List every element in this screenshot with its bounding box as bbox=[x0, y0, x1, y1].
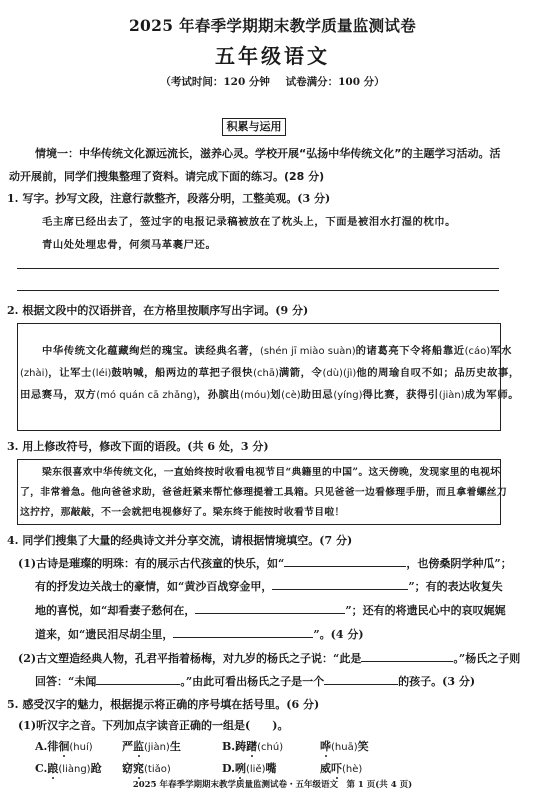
answer-line-1[interactable] bbox=[17, 268, 499, 269]
fill-blank[interactable] bbox=[195, 602, 345, 614]
question-1-prompt: 1. 写字。抄写文段，注意行款整齐，段落分明，工整美观。(3 分) bbox=[7, 190, 330, 206]
fill-blank[interactable] bbox=[361, 650, 453, 662]
question-4-prompt: 4. 同学们搜集了大量的经典诗文并分享交流，请根据情境填空。(7 分) bbox=[7, 532, 352, 548]
edit-passage-line3: 这拧拧，那敲敲，不一会就把电视修好了。梁东终于能按时收看节目啦！ bbox=[20, 504, 345, 518]
page-footer: 2025 年春季学期期末教学质量监测试卷・五年级语文 第 1 页(共 4 页) bbox=[0, 778, 545, 790]
section-heading: 积累与运用 bbox=[222, 118, 286, 136]
option-b[interactable]: B.踌躇(chú) bbox=[222, 738, 283, 754]
fill-blank[interactable] bbox=[173, 626, 313, 638]
option-d-word2: 威吓(hè) bbox=[320, 760, 362, 776]
q4-sub2-line1: (2)古文塑造经典人物，孔君平指着杨梅，对九岁的杨氏之子说：“此是。”杨氏之子则 bbox=[18, 650, 520, 666]
exam-time: （考试时间：120 分钟 bbox=[160, 76, 270, 88]
option-b-word2: 哗(huā)笑 bbox=[320, 738, 369, 754]
fill-blank[interactable] bbox=[324, 673, 398, 685]
question-2-prompt: 2. 根据文段中的汉语拼音，在方格里按顺序写出字词。(9 分) bbox=[7, 302, 308, 318]
scene-intro-line1: 情境一：中华传统文化源远流长，滋养心灵。学校开展“弘扬中华传统文化”的主题学习活… bbox=[35, 145, 500, 161]
q4-sub2-line2: 回答：“未闻。”由此可看出杨氏之子是一个的孩子。(3 分) bbox=[35, 673, 475, 689]
q4-sub1-line2: 有的抒发边关战士的豪情，如“黄沙百战穿金甲，”；有的表达收复失 bbox=[35, 578, 503, 594]
edit-passage-line2: 了，非常着急。他向爸爸求助，爸爸赶紧来帮忙修理提着工具箱。只见爸爸一边看修理手册… bbox=[20, 484, 507, 498]
option-c[interactable]: C.踉(liàng)跄 bbox=[35, 760, 102, 776]
option-c-word2: 窈窕(tiǎo) bbox=[122, 760, 171, 776]
exam-title: 2025 年春季学期期末教学质量监测试卷 bbox=[0, 14, 545, 36]
copy-text-line2: 青山处处埋忠骨，何须马革裹尸还。 bbox=[42, 236, 216, 251]
exam-meta: （考试时间：120 分钟 试卷满分：100 分） bbox=[0, 74, 545, 89]
option-a-word2: 严监(jiàn)生 bbox=[122, 738, 181, 754]
q4-sub1-line1: (1)古诗是璀璨的明珠：有的展示古代孩童的快乐，如“，也傍桑阴学种瓜”； bbox=[18, 555, 512, 571]
edit-passage-line1: 梁东很喜欢中华传统文化，一直始终按时收看电视节目“典籍里的中国”。这天傍晚，发现… bbox=[42, 464, 500, 478]
option-a[interactable]: A.徘徊(huí) bbox=[35, 738, 93, 754]
copy-text-line1: 毛主席已经出去了，签过字的电报记录稿被放在了枕头上，下面是被泪水打湿的枕巾。 bbox=[42, 213, 456, 228]
q4-sub1-line4: 道来，如“遗民泪尽胡尘里，”。(4 分) bbox=[35, 626, 364, 642]
full-score: 试卷满分：100 分） bbox=[286, 76, 385, 88]
question-5-prompt: 5. 感受汉字的魅力，根据提示将正确的序号填在括号里。(6 分) bbox=[7, 696, 319, 712]
question-3-prompt: 3. 用上修改符号，修改下面的语段。(共 6 处，3 分) bbox=[7, 438, 269, 454]
pinyin-passage-line1: 中华传统文化蕴藏绚烂的瑰宝。读经典名著，(shén jī miào suàn)的… bbox=[42, 342, 512, 357]
subject-title: 五年级语文 bbox=[0, 40, 545, 69]
q4-sub1-line3: 地的喜悦，如“却看妻子愁何在，”；还有的将遗民心中的哀叹娓娓 bbox=[35, 602, 506, 618]
scene-intro-line2: 动开展前，同学们搜集整理了资料。请完成下面的练习。(28 分) bbox=[9, 168, 324, 184]
q5-sub1-prompt: (1)听汉字之音。下列加点字读音正确的一组是( )。 bbox=[18, 717, 288, 733]
pinyin-passage-line2: (zhài)，让军士(léi)鼓呐喊，船两边的草把子很快(chā)满箭，令(dù… bbox=[20, 364, 520, 379]
fill-blank[interactable] bbox=[96, 673, 180, 685]
fill-blank[interactable] bbox=[284, 555, 406, 567]
option-d[interactable]: D.咧(liě)嘴 bbox=[222, 760, 277, 776]
fill-blank[interactable] bbox=[272, 578, 408, 590]
pinyin-passage-line3: 田忌赛马，双方(mó quán cā zhǎng)，孙膑出(móu)划(cè)助… bbox=[20, 386, 519, 401]
answer-line-2[interactable] bbox=[17, 290, 499, 291]
